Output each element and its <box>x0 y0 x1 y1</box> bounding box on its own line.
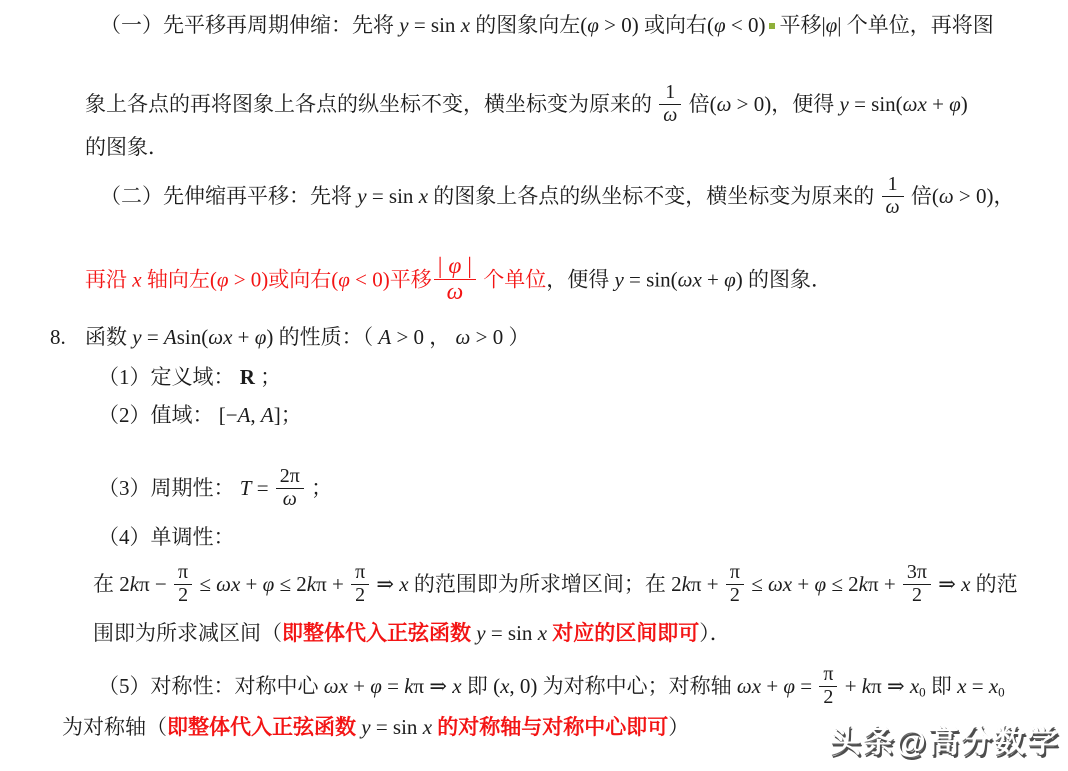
fraction: π2 <box>819 664 837 708</box>
text-run: φ <box>370 674 382 698</box>
text-run: 3π <box>907 561 927 583</box>
text-run: ωx <box>737 674 761 698</box>
text-run: 函数 <box>85 325 132 349</box>
fraction: π2 <box>174 562 192 606</box>
text-run: φ <box>714 13 726 37</box>
text-run: ) <box>961 92 968 116</box>
fraction: 2πω <box>276 466 304 510</box>
text-run: 2 <box>178 584 188 606</box>
text-run: = sin <box>486 621 538 645</box>
text-run: 平移 <box>779 13 821 37</box>
text-run: + <box>761 674 783 698</box>
text-run: y <box>361 715 370 739</box>
text-run: x <box>989 674 998 698</box>
text-run: 8. <box>50 325 66 349</box>
text-run: φ <box>826 13 838 37</box>
text-run: 对应的区间即可 <box>547 621 699 645</box>
text-run: ω <box>447 279 464 305</box>
text-run: | <box>461 253 472 279</box>
text-run: ≤ 2 <box>826 572 859 596</box>
text-run: ( <box>707 13 714 37</box>
text-run: 的对称轴与对称中心即可 <box>432 715 668 739</box>
text-run: 在 <box>93 572 119 596</box>
text-run: 象上各点的再将图象上各点的纵坐标不变，横坐标变为原来的 <box>85 92 657 116</box>
text-run: 2 <box>119 572 130 596</box>
text-run: φ <box>255 325 267 349</box>
text-run: φ <box>783 674 795 698</box>
text-run: （3）周期性： <box>98 476 240 500</box>
text-run: 1 <box>665 81 675 103</box>
text-run: （1）定义域： <box>98 365 240 389</box>
text-run: （4）单调性： <box>98 525 235 549</box>
text-run: y <box>476 621 485 645</box>
text-run: x <box>500 674 509 698</box>
text-run: + <box>702 268 724 292</box>
text-run: A <box>378 325 391 349</box>
text-run: 1 <box>888 173 898 195</box>
text-run: ； <box>281 403 302 427</box>
text-run: k <box>130 572 139 596</box>
fraction: 1ω <box>659 82 681 126</box>
text-run: ； <box>255 365 281 389</box>
text-run: 即 <box>462 674 494 698</box>
text-run: 倍 <box>683 92 709 116</box>
text-run: 即 <box>926 674 958 698</box>
text-run: ω <box>939 184 954 208</box>
text-run: = <box>795 674 817 698</box>
text-run: x <box>957 674 966 698</box>
text-run: > 0) <box>599 13 639 37</box>
item-8-heading: 函数 y = Asin(ωx + φ) 的性质：（ A > 0 ， ω > 0 … <box>85 324 529 351</box>
text-run: ） <box>503 325 529 349</box>
text-run: x <box>910 674 919 698</box>
text-run: 2 <box>912 584 922 606</box>
text-run: π − <box>139 572 172 596</box>
text-run: 的性质：（ <box>273 325 378 349</box>
text-run: = <box>142 325 164 349</box>
text-run: ，便得 <box>546 268 614 292</box>
text-run: + <box>232 325 254 349</box>
text-run: π ⇒ <box>871 674 910 698</box>
text-run: 的图象． <box>743 268 832 292</box>
text-run: ω <box>663 104 677 126</box>
property-2-range: （2）值域： [−A, A]； <box>98 402 302 429</box>
fraction: π2 <box>351 562 369 606</box>
text-run: 或向右 <box>639 13 707 37</box>
text-run: 2 <box>355 584 365 606</box>
para-1-line-2: 象上各点的再将图象上各点的纵坐标不变，横坐标变为原来的 1ω 倍(ω > 0)，… <box>85 84 968 128</box>
text-run: 为对称轴（ <box>62 715 167 739</box>
text-run: = sin( <box>624 268 678 292</box>
text-run: + <box>927 92 949 116</box>
text-run: = <box>967 674 989 698</box>
para-1-line-3: 的图象． <box>85 134 169 161</box>
text-run: + <box>792 572 814 596</box>
text-run: ； <box>306 476 332 500</box>
text-run: ωx <box>903 92 927 116</box>
text-run: x <box>399 572 408 596</box>
text-run: 平移 <box>390 268 432 292</box>
text-run: < 0) <box>350 268 390 292</box>
text-run: k <box>682 572 691 596</box>
text-run: < 0) <box>726 13 766 37</box>
text-run: = sin( <box>849 92 903 116</box>
text-run: > 0 <box>470 325 503 349</box>
text-run: 的范 <box>970 572 1017 596</box>
text-run: > 0) <box>731 92 771 116</box>
text-run: ωx <box>768 572 792 596</box>
watermark: 头条@高分数学 <box>830 716 1060 761</box>
text-run: x <box>423 715 432 739</box>
text-run: ωx <box>208 325 232 349</box>
text-run: 0 <box>998 685 1005 700</box>
text-run: （二）先伸缩再平移：先将 <box>100 184 357 208</box>
text-run: ，便得 <box>771 92 839 116</box>
text-run: k <box>404 674 413 698</box>
text-run: x <box>961 572 970 596</box>
text-run: ω <box>886 196 900 218</box>
text-run: + <box>839 674 861 698</box>
text-run: y <box>840 92 849 116</box>
text-run: ≤ <box>746 572 768 596</box>
para-2-line-1: （二）先伸缩再平移：先将 y = sin x 的图象上各点的纵坐标不变，横坐标变… <box>100 176 1015 220</box>
text-run: sin( <box>177 325 209 349</box>
text-run: φ <box>448 253 461 279</box>
text-run: , 0) <box>509 674 537 698</box>
text-run: k <box>307 572 316 596</box>
text-run: 的图象向左 <box>470 13 580 37</box>
text-run: A <box>261 403 274 427</box>
text-run: ω <box>456 325 471 349</box>
text-run: ( <box>710 92 717 116</box>
text-run: π <box>355 561 365 583</box>
text-run: ωx <box>678 268 702 292</box>
text-run: y <box>614 268 623 292</box>
text-run: π <box>730 561 740 583</box>
text-run: = sin <box>371 715 423 739</box>
text-run: ≤ 2 <box>274 572 307 596</box>
text-run: = <box>251 476 273 500</box>
text-run: 或向右 <box>268 268 331 292</box>
text-run: 的图象． <box>85 135 169 159</box>
text-run: ， <box>994 184 1015 208</box>
text-run: | <box>438 253 449 279</box>
text-run: 围即为所求减区间（ <box>93 621 282 645</box>
text-run: y <box>357 184 366 208</box>
text-run: π + <box>691 572 724 596</box>
text-run: （一）先平移再周期伸缩：先将 <box>100 13 399 37</box>
text-run: = sin <box>409 13 461 37</box>
fraction: | φ |ω <box>434 254 476 306</box>
text-run: 2 <box>730 584 740 606</box>
text-run: 即整体代入正弦函数 <box>167 715 361 739</box>
fraction: 3π2 <box>903 562 931 606</box>
fraction: 1ω <box>882 174 904 218</box>
text-run: ( <box>932 184 939 208</box>
text-run: ⇒ <box>933 572 961 596</box>
text-run: 2 <box>671 572 682 596</box>
green-mark-icon <box>769 23 775 29</box>
property-4-monotonicity-cont: 围即为所求减区间（即整体代入正弦函数 y = sin x 对应的区间即可）． <box>93 620 731 647</box>
text-run: x <box>538 621 547 645</box>
text-run: k <box>862 674 871 698</box>
text-run: y <box>399 13 408 37</box>
text-run: 个单位，再将图 <box>842 13 994 37</box>
text-run: φ <box>217 268 229 292</box>
text-run: ω <box>717 92 732 116</box>
text-run: = sin <box>367 184 419 208</box>
text-run: 2 <box>823 686 833 708</box>
text-run: ωx <box>324 674 348 698</box>
text-run: 倍 <box>906 184 932 208</box>
text-run: π <box>823 663 833 685</box>
text-run: x <box>461 13 470 37</box>
text-run: > 0) <box>228 268 268 292</box>
text-run: + <box>240 572 262 596</box>
text-run: R <box>240 365 255 389</box>
text-run: ， <box>424 325 456 349</box>
fraction: π2 <box>726 562 744 606</box>
text-run: ⇒ <box>371 572 399 596</box>
text-run: x <box>452 674 461 698</box>
text-run: + <box>348 674 370 698</box>
text-run: = <box>382 674 404 698</box>
item-8-marker: 8. <box>50 324 66 351</box>
text-run: ) <box>736 268 743 292</box>
text-run: y <box>132 325 141 349</box>
text-run: π + <box>316 572 349 596</box>
text-run: 即整体代入正弦函数 <box>282 621 476 645</box>
text-run: , <box>250 403 261 427</box>
text-run: （2）值域： <box>98 403 219 427</box>
text-run: ωx <box>216 572 240 596</box>
text-run: φ <box>814 572 826 596</box>
text-run: [− <box>219 403 238 427</box>
text-run: φ <box>263 572 275 596</box>
text-run: （5）对称性：对称中心 <box>98 674 324 698</box>
text-run: 2π <box>280 465 300 487</box>
text-run: k <box>859 572 868 596</box>
text-run: π <box>178 561 188 583</box>
text-run: 轴向左 <box>142 268 210 292</box>
text-run: ） <box>668 715 689 739</box>
text-run: 个单位 <box>478 268 546 292</box>
text-run: φ <box>338 268 350 292</box>
text-run: 的范围即为所求增区间；在 <box>409 572 672 596</box>
property-1-domain: （1）定义域： R ； <box>98 364 281 391</box>
text-run: x <box>419 184 428 208</box>
text-run: A <box>238 403 251 427</box>
text-run: > 0 <box>391 325 424 349</box>
text-run: ≤ <box>194 572 216 596</box>
text-run: φ <box>587 13 599 37</box>
text-run: T <box>240 476 252 500</box>
text-run: 的图象上各点的纵坐标不变，横坐标变为原来的 <box>428 184 880 208</box>
text-run: ( <box>210 268 217 292</box>
text-run: 再沿 <box>85 268 132 292</box>
property-4-monotonicity-detail: 在 2kπ − π2 ≤ ωx + φ ≤ 2kπ + π2 ⇒ x 的范围即为… <box>93 564 1018 608</box>
property-5-symmetry-cont: 为对称轴（即整体代入正弦函数 y = sin x 的对称轴与对称中心即可） <box>62 714 689 741</box>
text-run: π ⇒ <box>414 674 453 698</box>
document-page: （一）先平移再周期伸缩：先将 y = sin x 的图象向左(φ > 0) 或向… <box>0 0 1068 771</box>
text-run: ω <box>283 488 297 510</box>
text-run: ] <box>274 403 281 427</box>
property-3-period: （3）周期性： T = 2πω ； <box>98 468 332 512</box>
text-run: π + <box>868 572 901 596</box>
property-4-monotonicity-label: （4）单调性： <box>98 524 235 551</box>
text-run: > 0) <box>954 184 994 208</box>
text-run: φ <box>724 268 736 292</box>
para-2-line-2-red: 再沿 x 轴向左(φ > 0)或向右(φ < 0)平移| φ |ω 个单位，便得… <box>85 256 832 308</box>
text-run: x <box>132 268 141 292</box>
text-run: ）． <box>699 621 731 645</box>
para-1-line-1: （一）先平移再周期伸缩：先将 y = sin x 的图象向左(φ > 0) 或向… <box>100 12 994 39</box>
property-5-symmetry: （5）对称性：对称中心 ωx + φ = kπ ⇒ x 即 (x, 0) 为对称… <box>98 666 1005 710</box>
text-run: 为对称中心；对称轴 <box>537 674 737 698</box>
text-run: φ <box>949 92 961 116</box>
text-run: A <box>164 325 177 349</box>
